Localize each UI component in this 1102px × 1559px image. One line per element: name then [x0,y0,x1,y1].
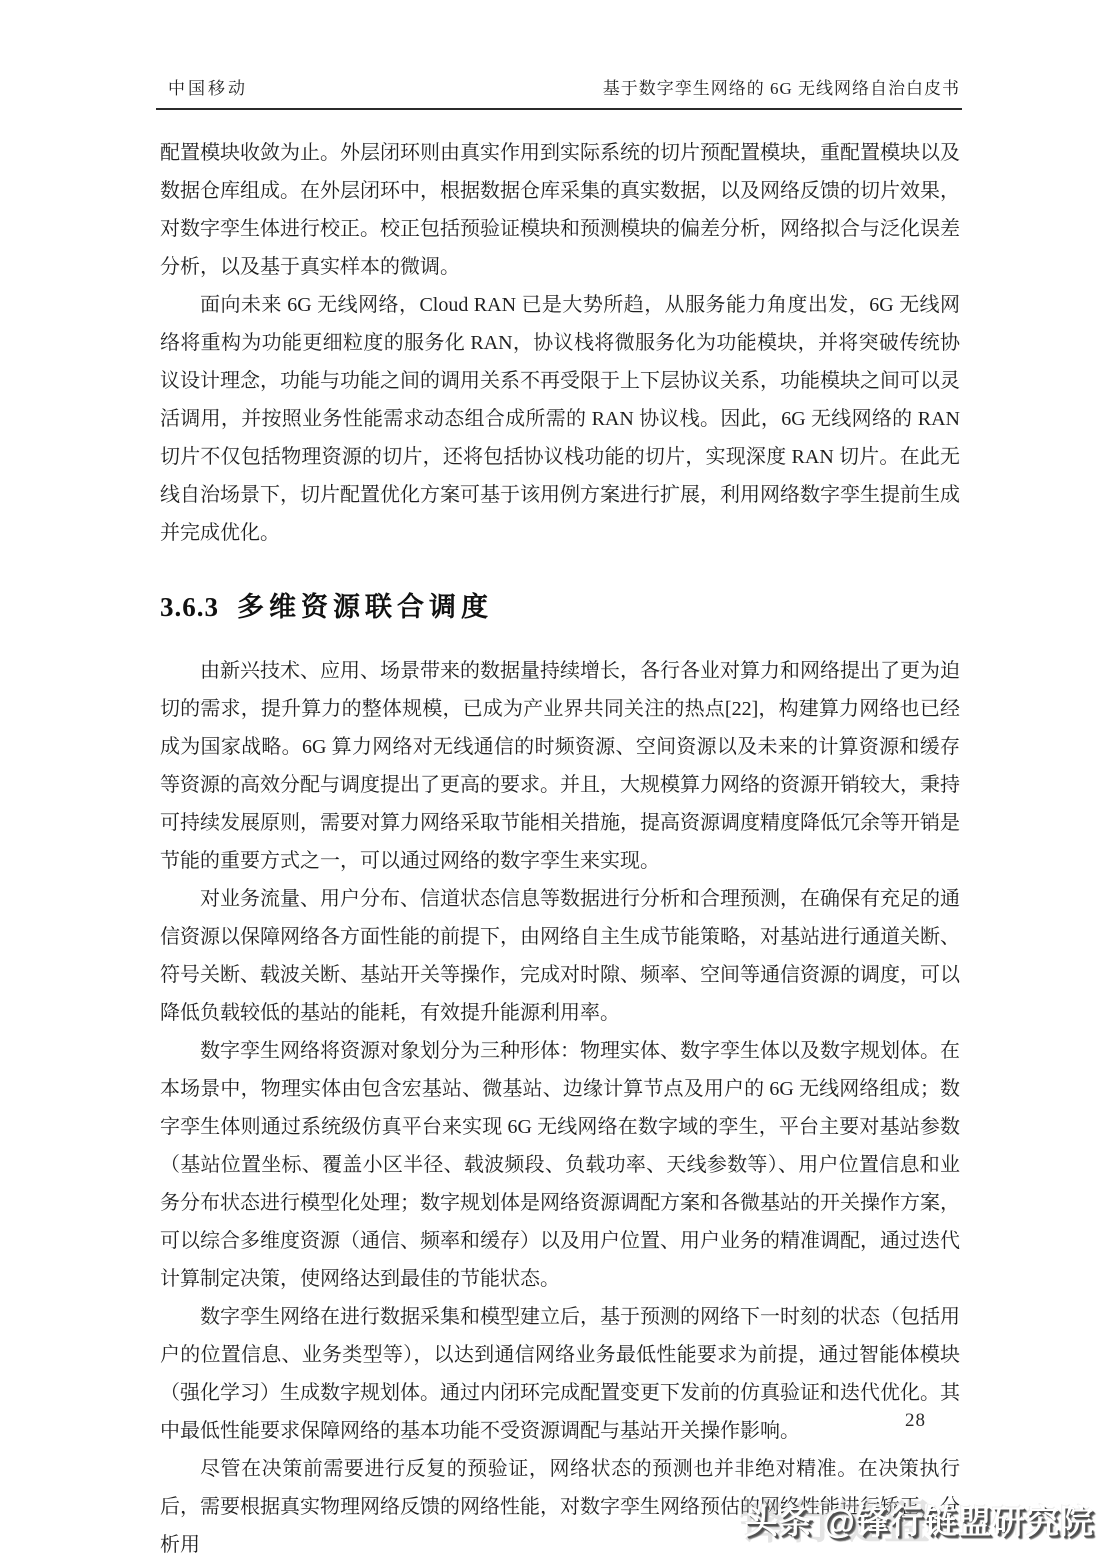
body-paragraph-3: 由新兴技术、应用、场景带来的数据量持续增长，各行各业对算力和网络提出了更为迫切的… [160,652,960,880]
body-paragraph-5: 数字孪生网络将资源对象划分为三种形体：物理实体、数字孪生体以及数字规划体。在本场… [160,1032,960,1298]
page-number: 28 [905,1410,926,1432]
section-heading: 3.6.3多维资源联合调度 [160,588,960,626]
document-body: 配置模块收敛为止。外层闭环则由真实作用到实际系统的切片预配置模块，重配置模块以及… [160,134,960,1559]
body-paragraph-6: 数字孪生网络在进行数据采集和模型建立后，基于预测的网络下一时刻的状态（包括用户的… [160,1298,960,1450]
section-number: 3.6.3 [160,592,219,622]
header-brand: 中国移动 [156,74,248,99]
body-paragraph-1: 配置模块收敛为止。外层闭环则由真实作用到实际系统的切片预配置模块，重配置模块以及… [160,134,960,286]
watermark: 头条 @锋行链盟研究院 [745,1496,1094,1543]
page-header: 中国移动 基于数字孪生网络的 6G 无线网络自治白皮书 [156,74,962,110]
body-paragraph-2: 面向未来 6G 无线网络，Cloud RAN 已是大势所趋，从服务能力角度出发，… [160,286,960,552]
body-paragraph-4: 对业务流量、用户分布、信道状态信息等数据进行分析和合理预测，在确保有充足的通信资… [160,880,960,1032]
section-title: 多维资源联合调度 [237,592,493,622]
header-document-title: 基于数字孪生网络的 6G 无线网络自治白皮书 [603,74,962,99]
